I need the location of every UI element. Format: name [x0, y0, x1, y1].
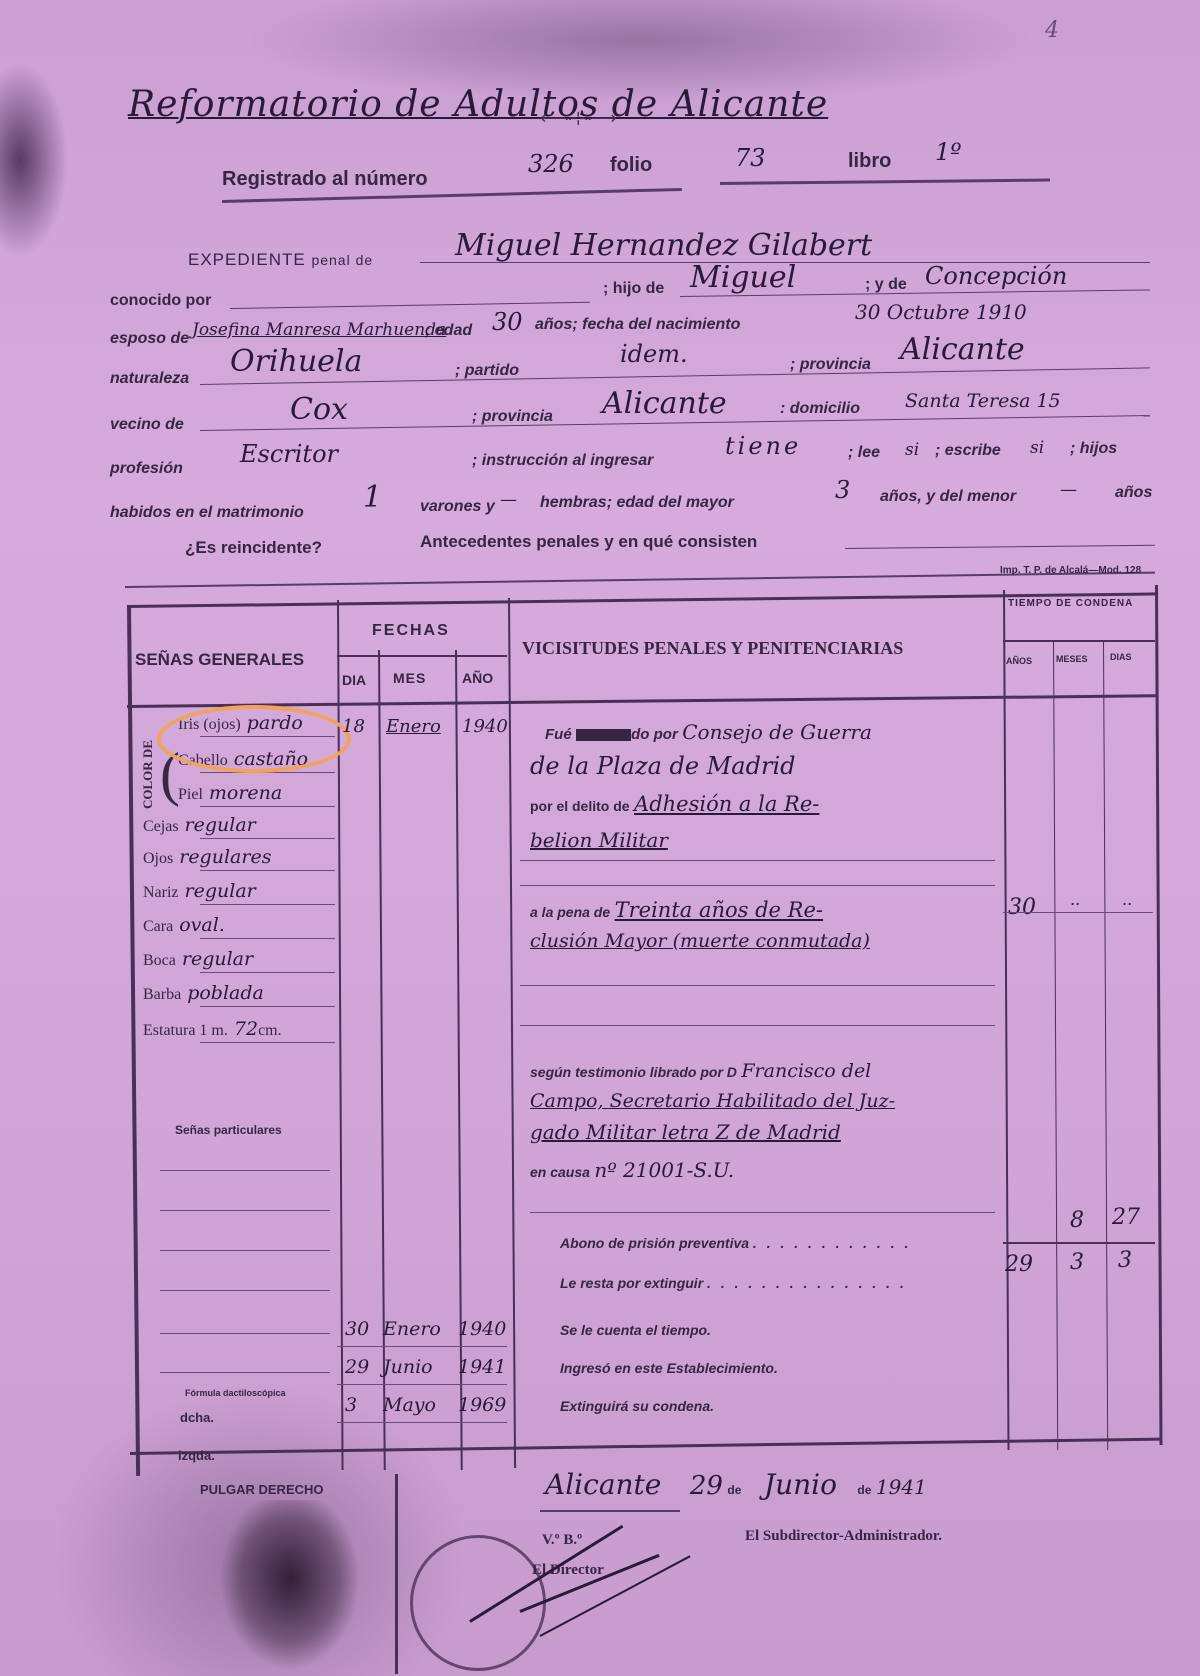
varones-value: 1: [363, 480, 382, 515]
senas-label: Piel: [178, 786, 203, 803]
plaza-value: de la Plaza de Madrid: [530, 752, 795, 780]
dia-value: 29: [690, 1471, 723, 1501]
pena-value-2: clusión Mayor (muerte conmutada): [530, 930, 870, 952]
senas-suffix: cm.: [258, 1022, 282, 1039]
profesion-value: Escritor: [240, 440, 338, 468]
senas-label: Nariz: [143, 884, 179, 901]
de2-label: de: [857, 1483, 871, 1497]
senas-row: Cejasregular: [143, 814, 256, 836]
senas-row: Bocaregular: [143, 948, 253, 970]
evento-dia: 29: [345, 1356, 369, 1378]
conocido-por-label: conocido por: [110, 292, 211, 310]
evento-mes: Enero: [383, 1318, 441, 1340]
thumbprint: [215, 1500, 365, 1676]
testimonio-value-2: Campo, Secretario Habilitado del Juz-: [530, 1090, 895, 1112]
domicilio-value: Santa Teresa 15: [905, 390, 1061, 412]
delito-value-2: belion Militar: [530, 828, 668, 852]
provincia2-label: ; provincia: [472, 408, 553, 426]
esposo-de-label: esposo de: [110, 330, 189, 348]
registro-numero: 326: [528, 150, 574, 178]
registro-label: Registrado al número: [222, 168, 428, 191]
imprenta-note: Imp. T. P. de Alcalá—Mod. 128: [1000, 565, 1141, 576]
provincia-vecino-value: Alicante: [602, 386, 727, 421]
pena-anos: 30: [1008, 895, 1036, 920]
senas-label: Barba: [143, 986, 181, 1003]
lee-label: ; lee: [848, 444, 880, 462]
senas-value: morena: [209, 782, 282, 804]
lugar-value: Alicante: [545, 1468, 661, 1501]
document-page: 4 Reformatorio de Adultos de Alicante ⟵·…: [0, 0, 1200, 1676]
senas-row: Caraoval.: [143, 914, 225, 936]
subdirector-label: El Subdirector-Administrador.: [745, 1528, 942, 1545]
evento-ano: 1969: [458, 1394, 506, 1416]
col-meses-header: MESES: [1056, 654, 1088, 664]
senas-value: regular: [185, 814, 256, 836]
senas-value: poblada: [187, 982, 264, 1004]
pena-dias: ..: [1122, 890, 1132, 909]
evento-mes: Mayo: [383, 1394, 436, 1416]
testimonio-line: según testimonio librado por D Francisco…: [530, 1060, 871, 1082]
senas-value: oval.: [179, 914, 225, 936]
first-date-dia: 18: [342, 716, 365, 737]
testimonio-value-3: gado Militar letra Z de Madrid: [530, 1120, 841, 1144]
highlight-oval: [157, 705, 351, 773]
evento-dia: 30: [345, 1318, 369, 1340]
lee-value: si: [905, 440, 919, 460]
evento-ano: 1941: [458, 1356, 506, 1378]
senas-row: Barbapoblada: [143, 982, 264, 1004]
madre-value: Concepción: [925, 262, 1067, 290]
libro-label: libro: [848, 150, 891, 173]
prisoner-name: Miguel Hernandez Gilabert: [455, 228, 872, 263]
de-label: de: [727, 1483, 741, 1497]
vecino-de-value: Cox: [290, 392, 348, 427]
senas-label: Boca: [143, 952, 176, 969]
escribe-value: si: [1030, 438, 1044, 458]
varones-label: varones y: [420, 498, 495, 516]
antecedentes-label: Antecedentes penales y en qué consisten: [420, 532, 757, 552]
tribunal-value: Consejo de Guerra: [682, 720, 872, 744]
evento-label: Extinguirá su condena.: [560, 1398, 714, 1414]
fue-label: Fué: [545, 726, 572, 743]
mes-value: Junio: [764, 1468, 837, 1501]
instruccion-label: ; instrucción al ingresar: [472, 452, 653, 470]
col-mes-header: MES: [393, 670, 426, 686]
expediente-label: EXPEDIENTE penal de: [188, 250, 373, 270]
page-mark: 4: [1045, 18, 1059, 43]
causa-value: nº 21001-S.U.: [594, 1158, 734, 1182]
hembras-value: —: [500, 490, 517, 510]
pena-value: Treinta años de Re-: [615, 898, 823, 922]
escribe-label: ; escribe: [935, 442, 1001, 460]
pena-label: a la pena de: [530, 904, 610, 920]
naturaleza-label: naturaleza: [110, 370, 189, 388]
anos-menor-label: años, y del menor: [880, 488, 1016, 506]
causa-label: en causa: [530, 1164, 590, 1180]
formula-label: Fórmula dactiloscópica: [185, 1388, 286, 1398]
senas-particulares-label: Señas particulares: [175, 1123, 282, 1137]
vecino-de-label: vecino de: [110, 416, 184, 434]
edad-value: 30: [492, 308, 523, 336]
senas-label: Cara: [143, 918, 173, 935]
profesion-label: profesión: [110, 460, 183, 478]
official-stamp: [410, 1535, 546, 1671]
senas-value: 72: [234, 1018, 258, 1040]
provincia-naturaleza-value: Alicante: [900, 332, 1025, 367]
senas-row: Estatura 1 m.72cm.: [143, 1018, 282, 1040]
senas-label: Ojos: [143, 850, 173, 867]
resta-meses: 3: [1070, 1250, 1084, 1275]
col-tiempo-header: TIEMPO DE CONDENA: [1008, 598, 1133, 609]
causa-line: en causa nº 21001-S.U.: [530, 1158, 734, 1182]
resta-dias: 3: [1118, 1248, 1132, 1273]
fecha-nacimiento-value: 30 Octubre 1910: [855, 300, 1027, 324]
delito-label: por el delito de: [530, 798, 630, 814]
ano-value: 1941: [876, 1475, 927, 1499]
pulgar-label: PULGAR DERECHO: [200, 1482, 324, 1497]
partido-value: idem.: [620, 340, 688, 368]
line1-rest: do por: [631, 726, 678, 743]
evento-mes: Junio: [383, 1356, 433, 1378]
delito-value: Adhesión a la Re-: [634, 792, 819, 816]
redacted-mark: [576, 729, 631, 741]
folio-label: folio: [610, 154, 652, 177]
hembras-label: hembras; edad del mayor: [540, 494, 734, 512]
pena-line: a la pena de Treinta años de Re-: [530, 898, 823, 922]
senas-row: Pielmorena: [178, 782, 282, 804]
institution-title: Reformatorio de Adultos de Alicante: [128, 84, 828, 125]
testimonio-value: Francisco del: [741, 1060, 871, 1082]
evento-ano: 1940: [458, 1318, 506, 1340]
naturaleza-value: Orihuela: [230, 344, 362, 379]
folio-numero: 73: [735, 144, 766, 172]
partido-label: ; partido: [455, 362, 519, 380]
vicisitudes-line-3: por el delito de Adhesión a la Re-: [530, 792, 819, 816]
first-date-ano: 1940: [462, 716, 508, 737]
provincia-label: ; provincia: [790, 356, 871, 374]
senas-label: Estatura 1 m.: [143, 1022, 228, 1039]
resta-text: Le resta por extinguir: [560, 1275, 703, 1291]
fecha-nacimiento-label: años; fecha del nacimiento: [535, 316, 740, 334]
senas-row: Ojosregulares: [143, 846, 271, 868]
vb-label: V.º B.º: [542, 1532, 582, 1549]
pena-meses: ..: [1070, 890, 1080, 909]
penal-de-label: penal de: [311, 252, 373, 268]
col-dias-header: DIAS: [1110, 652, 1132, 662]
senas-label: Cejas: [143, 818, 179, 835]
padre-value: Miguel: [690, 260, 796, 295]
instruccion-value: tiene: [725, 432, 801, 460]
col-dia-header: DIA: [342, 672, 366, 688]
habidos-label: habidos en el matrimonio: [110, 504, 304, 522]
expediente-word: EXPEDIENTE: [188, 250, 306, 269]
edad-menor-value: —: [1060, 480, 1077, 500]
libro-numero: 1º: [935, 138, 962, 166]
evento-label: Ingresó en este Establecimiento.: [560, 1360, 778, 1376]
izqda-label: izqda.: [178, 1448, 215, 1463]
abono-label: Abono de prisión preventiva . . . . . . …: [560, 1235, 911, 1251]
abono-dias: 27: [1112, 1205, 1140, 1230]
color-de-label: COLOR DE: [140, 740, 156, 809]
resta-dots: . . . . . . . . . . . . . . .: [707, 1275, 907, 1291]
senas-row: Narizregular: [143, 880, 256, 902]
reincidente-label: ¿Es reincidente?: [185, 538, 322, 558]
col-senas-header: SEÑAS GENERALES: [135, 650, 304, 670]
col-anos-header: AÑOS: [1006, 656, 1032, 666]
first-date-mes: Enero: [386, 716, 441, 737]
domicilio-label: : domicilio: [780, 400, 860, 418]
flourish-ornament: ⟵·∙⊹∙·⟶: [540, 108, 615, 129]
senas-value: regular: [182, 948, 253, 970]
anos-end-label: años: [1115, 484, 1152, 502]
fecha-firma: Alicante 29 de Junio de 1941: [545, 1468, 927, 1501]
hijo-de-label: ; hijo de: [603, 280, 664, 298]
edad-mayor-value: 3: [835, 476, 850, 504]
senas-value: regular: [185, 880, 256, 902]
abono-meses: 8: [1070, 1208, 1084, 1233]
col-vicisitudes-header: VICISITUDES PENALES Y PENITENCIARIAS: [522, 638, 903, 659]
hijos-label: ; hijos: [1070, 440, 1117, 458]
col-ano-header: AÑO: [462, 670, 493, 686]
evento-dia: 3: [345, 1394, 357, 1416]
esposa-value: Josefina Manresa Marhuenda: [192, 320, 446, 340]
dcha-label: dcha.: [180, 1410, 214, 1425]
abono-dots: . . . . . . . . . . . .: [753, 1235, 911, 1251]
testimonio-label: según testimonio librado por D: [530, 1064, 737, 1080]
senas-value: regulares: [179, 846, 271, 868]
abono-text: Abono de prisión preventiva: [560, 1235, 749, 1251]
y-de-label: ; y de: [865, 276, 907, 294]
resta-label: Le resta por extinguir . . . . . . . . .…: [560, 1275, 907, 1291]
col-fechas-header: FECHAS: [372, 622, 450, 640]
resta-anos: 29: [1005, 1252, 1033, 1277]
edad-label: ; edad: [425, 322, 472, 340]
evento-label: Se le cuenta el tiempo.: [560, 1322, 711, 1338]
vicisitudes-line-1: Fué do por Consejo de Guerra: [545, 720, 872, 744]
